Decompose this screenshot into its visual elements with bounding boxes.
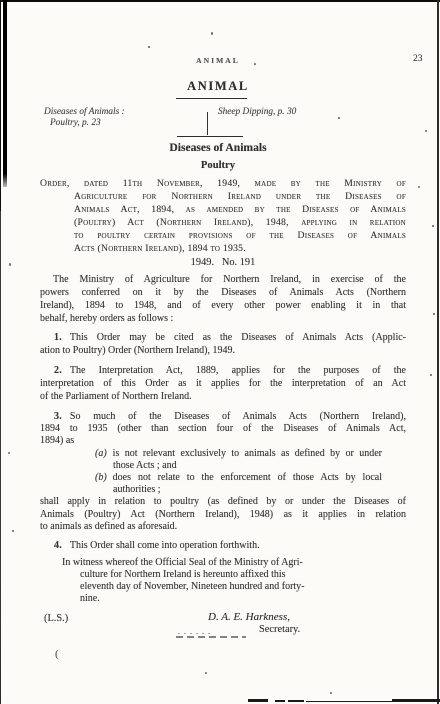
- margin-note-left: Diseases of Animals : Poultry, p. 23: [44, 107, 125, 129]
- order-preamble: Order, dated 11th November, 1949, made b…: [40, 178, 406, 255]
- noise-dot: [12, 530, 14, 532]
- doc-title: Diseases of Animals: [40, 141, 396, 154]
- noise-dot: [8, 452, 10, 454]
- noise-dot: [418, 186, 420, 188]
- noise-dot: [430, 374, 432, 376]
- sub-item-a: (a)is not relevant exclusively to animal…: [40, 448, 406, 460]
- noise-dot: [425, 130, 427, 132]
- page-border-bottom-segment: [288, 700, 304, 702]
- page-border-top: [0, 0, 440, 2]
- paragraph-2-number: 2.: [54, 365, 62, 376]
- noise-dot: [432, 225, 434, 227]
- paragraph-4-number: 4.: [54, 540, 62, 551]
- noise-dot: [254, 63, 256, 65]
- witness-clause: In witness whereof the Official Seal of …: [40, 557, 384, 605]
- sub-item-a-marker: (a): [95, 448, 107, 459]
- smudge-mark: [176, 633, 246, 638]
- section-heading: ANIMAL: [40, 79, 396, 94]
- title-rule: [177, 136, 243, 137]
- page-border-bottom-segment: [306, 701, 392, 702]
- doc-subtitle: Poultry: [40, 160, 396, 171]
- paragraph-4: 4.This Order shall come into operation f…: [40, 540, 406, 553]
- page-border-bottom-segment: [392, 699, 440, 702]
- running-head: ANIMAL: [40, 56, 396, 65]
- signature-title: Secretary.: [259, 624, 300, 637]
- noise-dot: [330, 692, 332, 694]
- signature-name: D. A. E. Harkness,: [208, 611, 290, 624]
- page-border-bottom-segment: [275, 700, 285, 703]
- sub-item-b: (b)does not relate to the enforcement of…: [40, 472, 406, 484]
- seal-mark: (L.S.): [44, 613, 68, 626]
- document-body: Order, dated 11th November, 1949, made b…: [40, 178, 406, 643]
- signature-row: (L.S.) D. A. E. Harkness, Secretary.: [40, 611, 406, 643]
- noise-dot: [205, 672, 207, 674]
- order-number: 1949. No. 191: [40, 257, 406, 270]
- page-border-right: [437, 0, 438, 704]
- noise-dot: [148, 46, 150, 48]
- paragraph-3: 3.So much of the Diseases of Animals Act…: [40, 411, 406, 533]
- noise-dot: [433, 313, 435, 315]
- heading-rule: [176, 98, 247, 99]
- paragraph-2: 2.The Interpretation Act, 1889, applies …: [40, 365, 406, 404]
- scanned-document-page: ANIMAL 23 ANIMAL Diseases of Animals : P…: [0, 0, 440, 704]
- paragraph-1: 1.This Order may be cited as the Disease…: [40, 332, 406, 358]
- page-border-left: [0, 0, 1, 704]
- page-border-left-bar: [3, 0, 7, 187]
- noise-dot: [338, 117, 340, 119]
- page-border-bottom-segment: [248, 699, 268, 702]
- noise-dot: [211, 32, 213, 35]
- noise-dot: [9, 263, 11, 266]
- divider-bar: [207, 112, 208, 135]
- paragraph-1-number: 1.: [54, 332, 62, 343]
- margin-note-right: Sheep Dipping, p. 30: [218, 107, 296, 118]
- paragraph-ministry: The Ministry of Agriculture for Northern…: [40, 274, 406, 326]
- stray-mark: (: [55, 648, 59, 660]
- paragraph-3-number: 3.: [54, 411, 62, 422]
- sub-item-b-marker: (b): [95, 472, 107, 483]
- page-number: 23: [413, 54, 423, 64]
